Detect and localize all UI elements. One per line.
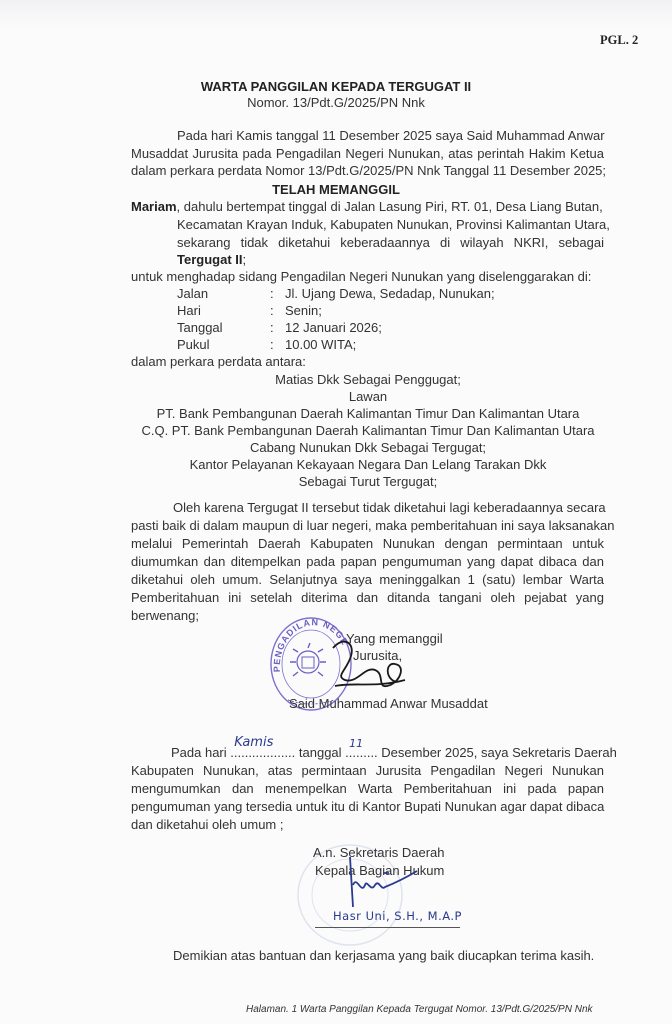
signature-underline bbox=[315, 927, 460, 928]
summon-intro: untuk menghadap sidang Pengadilan Negeri… bbox=[131, 269, 591, 285]
signer1-line-2: Jurusita, bbox=[353, 648, 402, 664]
notice-line-5: diketahui oleh umum. Selanjutnya saya me… bbox=[131, 572, 604, 588]
page-footer: Halaman. 1 Warta Panggilan Kepada Tergug… bbox=[246, 1004, 593, 1015]
announcement-line-1: Pada hari ..................Kamis tangga… bbox=[171, 745, 617, 761]
telah-memanggil-heading: TELAH MEMANGGIL bbox=[0, 182, 672, 198]
party-role: Tergugat II; bbox=[177, 252, 246, 268]
handwritten-day: Kamis bbox=[234, 735, 273, 751]
handwritten-date: 11 bbox=[349, 736, 363, 752]
case-intro: dalam perkara perdata antara: bbox=[131, 354, 306, 370]
notice-line-3: melalui Pemerintah Daerah Kabupaten Nunu… bbox=[131, 536, 604, 552]
party-line-3: sekarang tidak diketahui keberadaannya d… bbox=[177, 235, 604, 251]
plaintiff-line: Matias Dkk Sebagai Penggugat; bbox=[32, 372, 672, 388]
notice-line-2: pasti baik di dalam maupun di luar neger… bbox=[131, 518, 604, 534]
announcement-line-4: pengumuman yang tersedia untuk itu di Ka… bbox=[131, 799, 604, 815]
page-label: PGL. 2 bbox=[600, 33, 638, 48]
defendant-line-2: C.Q. PT. Bank Pembangunan Daerah Kaliman… bbox=[32, 423, 672, 439]
document-number: Nomor. 13/Pdt.G/2025/PN Nnk bbox=[0, 95, 672, 110]
signer2-handwritten-name: Hasr Uni, S.H., M.A.P bbox=[333, 909, 462, 923]
announcement-line-3: mengumumkan dan menempelkan Warta Pember… bbox=[131, 781, 604, 797]
party-line-2: Kecamatan Krayan Induk, Kabupaten Nunuka… bbox=[177, 217, 604, 233]
intro-line-1: Pada hari Kamis tanggal 11 Desember 2025… bbox=[177, 128, 604, 144]
party-name: Mariam bbox=[131, 199, 177, 214]
defendant-line-1: PT. Bank Pembangunan Daerah Kalimantan T… bbox=[32, 406, 672, 422]
signer1-line-1: Yang memanggil bbox=[346, 631, 443, 647]
closing-line: Demikian atas bantuan dan kerjasama yang… bbox=[173, 948, 594, 964]
notice-line-4: diumumkan dan ditempelkan pada papan pen… bbox=[131, 554, 604, 570]
document-title: WARTA PANGGILAN KEPADA TERGUGAT II bbox=[0, 79, 672, 94]
defendant-line-3: Cabang Nunukan Dkk Sebagai Tergugat; bbox=[32, 440, 672, 456]
signer1-name: Said Muhammad Anwar Musaddat bbox=[289, 696, 488, 712]
notice-line-1: Oleh karena Tergugat II tersebut tidak d… bbox=[173, 500, 604, 516]
announcement-line-2: Kabupaten Nunukan, atas permintaan Jurus… bbox=[131, 763, 604, 779]
co-defendant-line-1: Kantor Pelayanan Kekayaan Negara Dan Lel… bbox=[32, 457, 672, 473]
notice-last-line: berwenang; bbox=[131, 608, 199, 624]
scan-top-band bbox=[0, 0, 672, 28]
intro-line-3: dalam perkara perdata Nomor 13/Pdt.G/202… bbox=[131, 163, 606, 179]
lawan-line: Lawan bbox=[32, 389, 672, 405]
party-line-1: Mariam, dahulu bertempat tinggal di Jala… bbox=[131, 199, 603, 215]
intro-line-2: Musaddat Jurusita pada Pengadilan Negeri… bbox=[131, 146, 604, 162]
notice-line-6: Pemberitahuan ini setelah diterima dan d… bbox=[131, 590, 604, 606]
announcement-last-line: dan diketahui oleh umum ; bbox=[131, 817, 283, 833]
secretary-signature-icon bbox=[345, 855, 420, 915]
co-defendant-line-2: Sebagai Turut Tergugat; bbox=[32, 474, 672, 490]
